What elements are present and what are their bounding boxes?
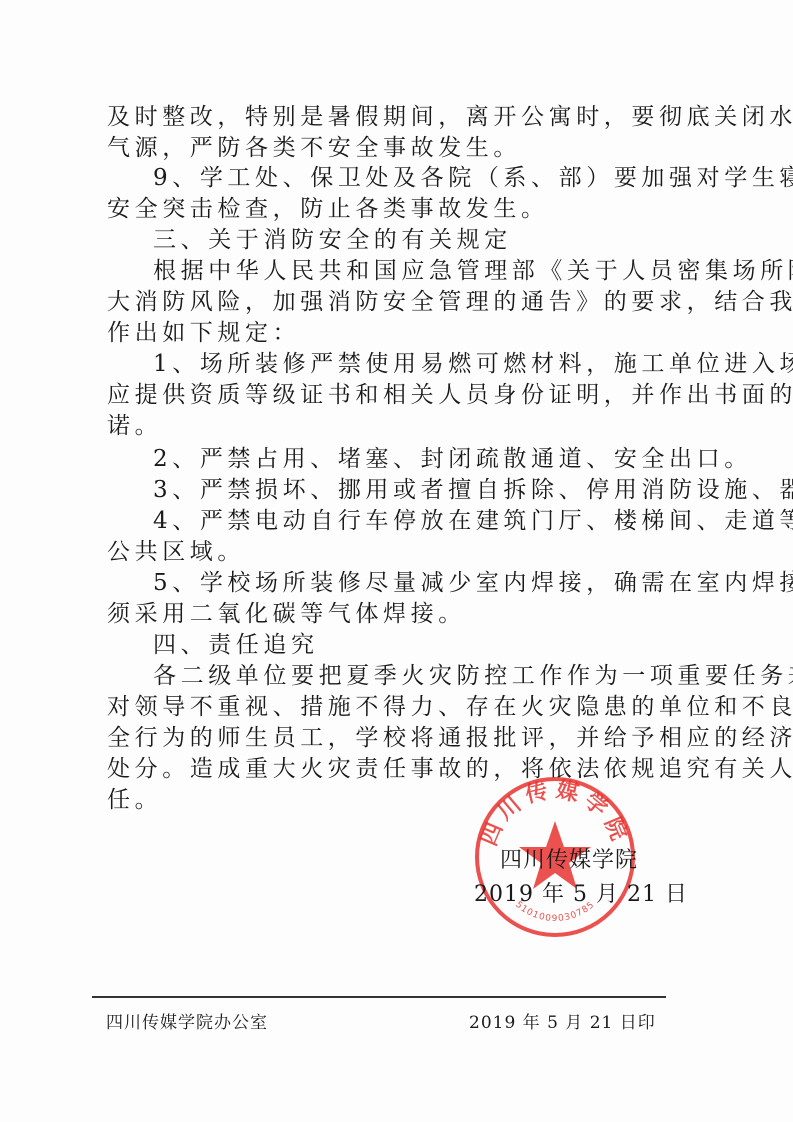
text-line: 各二级单位要把夏季火灾防控工作作为一项重要任务来抓， — [107, 661, 697, 691]
text-line: 3、严禁损坏、挪用或者擅自拆除、停用消防设施、器材。 — [107, 475, 697, 505]
text-line: 对领导不重视、措施不得力、存在火灾隐患的单位和不良消防安 — [107, 692, 697, 722]
text-line: 5、学校场所装修尽量减少室内焊接，确需在室内焊接，必 — [107, 568, 697, 598]
text-line: 四、责任追究 — [107, 630, 697, 660]
footer-divider — [92, 996, 666, 998]
text-line: 4、严禁电动自行车停放在建筑门厅、楼梯间、走道等室内 — [107, 506, 697, 536]
signature-org: 四川传媒学院 — [500, 846, 638, 876]
text-line: 诺。 — [107, 411, 697, 441]
text-line: 应提供资质等级证书和相关人员身份证明，并作出书面的安全承 — [107, 380, 697, 410]
text-line: 全行为的师生员工，学校将通报批评，并给予相应的经济、纪律 — [107, 723, 697, 753]
footer-issuer: 四川传媒学院办公室 — [106, 1008, 268, 1033]
text-line: 1、场所装修严禁使用易燃可燃材料，施工单位进入场所前 — [107, 349, 697, 379]
text-line: 作出如下规定： — [107, 318, 697, 348]
text-line: 须采用二氧化碳等气体焊接。 — [107, 599, 697, 629]
text-line: 气源，严防各类不安全事故发生。 — [107, 133, 697, 163]
text-line: 根据中华人民共和国应急管理部《关于人员密集场所防范重 — [107, 256, 697, 286]
text-line: 公共区域。 — [107, 537, 697, 567]
footer-print-date: 2019 年 5 月 21 日印 — [469, 1008, 656, 1033]
text-line: 及时整改，特别是暑假期间，离开公寓时，要彻底关闭水、电、 — [107, 102, 697, 132]
document-page: 及时整改，特别是暑假期间，离开公寓时，要彻底关闭水、电、气源，严防各类不安全事故… — [0, 0, 793, 1122]
signature-date: 2019 年 5 月 21 日 — [474, 880, 688, 910]
text-line: 大消防风险，加强消防安全管理的通告》的要求，结合我校实际， — [107, 287, 697, 317]
text-line: 三、关于消防安全的有关规定 — [107, 225, 697, 255]
text-line: 安全突击检查，防止各类事故发生。 — [107, 194, 697, 224]
text-line: 2、严禁占用、堵塞、封闭疏散通道、安全出口。 — [107, 444, 697, 474]
text-line: 9、学工处、保卫处及各院（系、部）要加强对学生寝室的 — [107, 163, 697, 193]
